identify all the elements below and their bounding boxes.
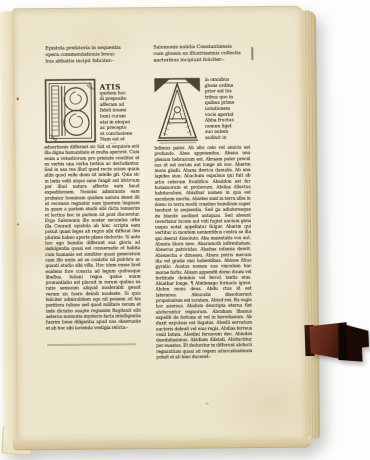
left-column-body: aduertionis differant sic fuit ut sequio…: [44, 144, 141, 334]
photograph-of-book: Epistola prefatoria in sequentia opera c…: [0, 0, 370, 460]
foxing-speck: [17, 97, 19, 100]
left-column-body-text: aduertionis differant sic fuit ut sequio…: [44, 144, 141, 334]
decorated-initial-a-woodcut-icon: [154, 77, 202, 145]
right-column-header: Salomonis nobilis Constantiensis cum glo…: [153, 43, 253, 65]
left-initial-side-lines: quidem hoc di preposito afferam ad fidel…: [100, 91, 133, 144]
right-column-body: Infimus pater. Ab alto celo vel amicis e…: [154, 145, 252, 371]
right-initial-side-lines: in omnibus glosis ordine prior est his t…: [205, 77, 255, 145]
quire-mark-line: [251, 47, 253, 60]
right-column-body-text: Infimus pater. Ab alto celo vel amicis e…: [154, 145, 252, 371]
right-column-header-text: Salomonis nobilis Constantiensis cum glo…: [153, 43, 253, 65]
showthrough-rule: [47, 343, 136, 345]
left-initial-side-text: ATISquidem hoc di preposito afferam ad f…: [100, 77, 143, 143]
foxing-speck: [206, 403, 209, 405]
page-leaf: Epistola prefatoria in sequentia opera c…: [13, 6, 308, 444]
right-initial-side-text: in omnibus glosis ordine prior est his t…: [205, 77, 255, 145]
left-column-header-text: Epistola prefatoria in sequentia opera c…: [45, 44, 141, 66]
left-column-header: Epistola prefatoria in sequentia opera c…: [45, 44, 141, 66]
decorated-initial-b-woodcut-icon: [45, 79, 97, 143]
foxing-speck: [17, 223, 19, 225]
book: Epistola prefatoria in sequentia opera c…: [0, 5, 320, 450]
bookmark-ribbon: [307, 317, 370, 371]
